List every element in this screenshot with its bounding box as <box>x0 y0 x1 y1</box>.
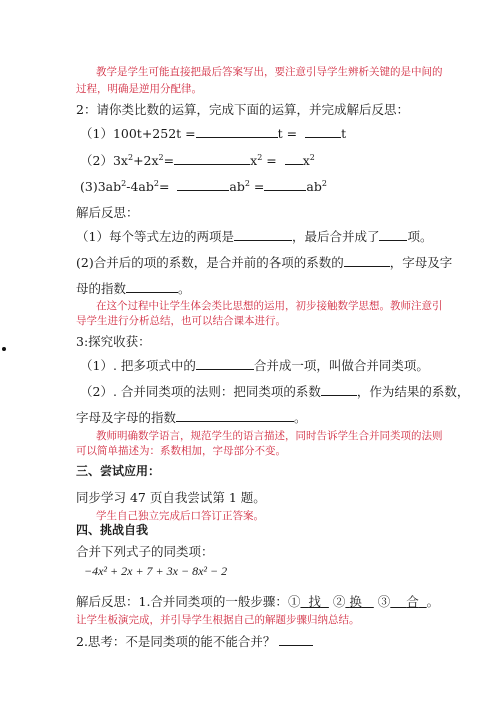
answer-blank[interactable] <box>279 633 313 646</box>
answer-blank[interactable] <box>379 228 407 241</box>
answer-blank[interactable] <box>321 383 357 396</box>
step-answer: 找 <box>300 594 328 609</box>
step-answer: 合 <box>390 594 426 609</box>
question-2-title: 2：请你类比数的运算，完成下面的运算，并完成解后反思： <box>76 100 409 118</box>
steps-reflection: 解后反思：1.合并同类项的一般步骤：① 找 ② 换 ③ 合 。 <box>76 592 439 610</box>
answer-blank[interactable] <box>234 228 292 241</box>
teacher-note: 让学生板演完成，并引导学生根据自己的解题步骤归纳总结。 <box>76 612 360 627</box>
reflection-2-cont: 母的指数。 <box>76 279 191 297</box>
question-3-item-1: （1）. 把多项式中的合并成一项，叫做合并同类项。 <box>80 356 429 374</box>
question-2-item-1: （1）100t+252t =t = t <box>80 124 346 142</box>
question-2-item-3: (3)3ab2-4ab2= ab2 =ab2 <box>80 178 327 194</box>
section-3-text: 同步学习 47 页自我尝试第 1 题。 <box>76 488 266 506</box>
reflection-2: (2)合并后的项的系数，是合并前的各项的系数的，字母及字 <box>76 253 452 271</box>
bullet-dot <box>2 347 6 351</box>
answer-blank[interactable] <box>176 409 294 422</box>
reflection-title: 解后反思： <box>76 203 139 221</box>
question-3-item-2-cont: 字母及字母的指数。 <box>76 408 307 426</box>
answer-blank[interactable] <box>177 178 229 191</box>
answer-blank[interactable] <box>196 357 254 370</box>
teacher-note-cont: 导学生进行分析总结，也可以结合课本进行。 <box>76 313 286 328</box>
question-3-item-2: （2）. 合并同类项的法则：把同类项的系数，作为结果的系数， <box>80 382 469 400</box>
section-4-text: 合并下列式子的同类项： <box>76 542 214 560</box>
math-expression: −4x² + 2x + 7 + 3x − 8x² − 2 <box>84 564 227 579</box>
answer-blank[interactable] <box>285 152 303 165</box>
section-3-heading: 三、尝试应用： <box>76 462 160 479</box>
teacher-note-cont: 可以简单描述为：系数相加，字母部分不变。 <box>76 443 286 458</box>
teacher-note-cont: 过程，明确是逆用分配律。 <box>76 81 202 96</box>
answer-blank[interactable] <box>196 125 278 138</box>
think-question: 2.思考：不是同类项的能不能合并？ <box>76 632 313 650</box>
answer-blank[interactable] <box>344 254 390 267</box>
document-page: 教学是学生可能直接把最后答案写出，要注意引导学生辨析关键的是中间的 过程，明确是… <box>0 0 500 707</box>
answer-blank[interactable] <box>264 178 306 191</box>
question-2-item-2: （2）3x2+2x2=x2 = x2 <box>80 151 315 169</box>
step-answer: 换 <box>345 594 373 609</box>
answer-blank[interactable] <box>305 125 341 138</box>
answer-blank[interactable] <box>174 152 250 165</box>
reflection-1: （1）每个等式左边的两项是，最后合并成了项。 <box>76 227 433 245</box>
teacher-note: 在这个过程中让学生体会类比思想的运用，初步接触数学思想。教师注意引 <box>96 298 443 313</box>
answer-blank[interactable] <box>126 280 178 293</box>
teacher-note: 教学是学生可能直接把最后答案写出，要注意引导学生辨析关键的是中间的 <box>96 64 443 79</box>
section-4-heading: 四、挑战自我 <box>76 521 148 538</box>
question-3-title: 3:探究收获： <box>76 332 151 350</box>
teacher-note: 教师明确数学语言，规范学生的语言描述，同时告诉学生合并同类项的法则 <box>96 428 443 443</box>
